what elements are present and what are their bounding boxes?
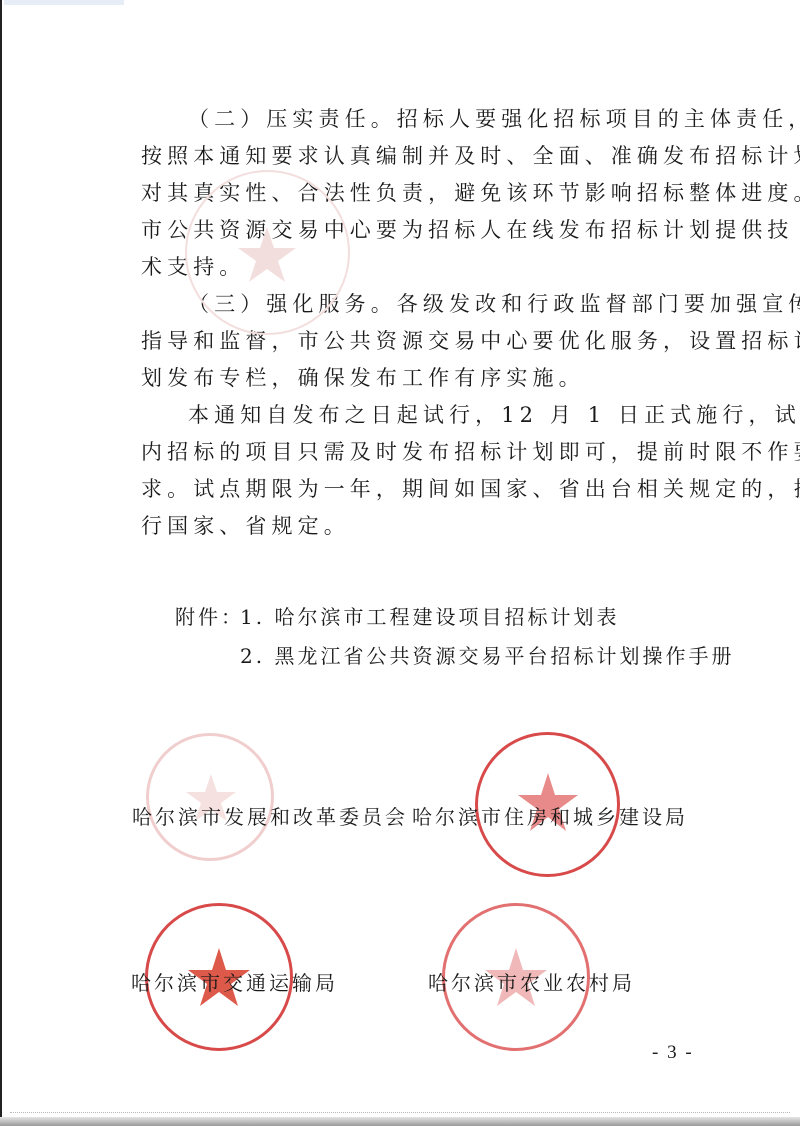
attachment-item: 2. 黑龙江省公共资源交易平台招标计划操作手册: [240, 640, 734, 669]
paragraph-line: 划发布专栏，确保发布工作有序实施。: [141, 365, 585, 391]
page-number: - 3 -: [652, 1042, 694, 1064]
signatory-housing-urban-rural: 哈尔滨市住房和城乡建设局: [412, 801, 688, 830]
signatory-agriculture-rural: 哈尔滨市农业农村局: [428, 967, 635, 996]
signatory-development-reform: 哈尔滨市发展和改革委员会: [132, 801, 408, 830]
star-icon: [149, 736, 273, 860]
paragraph-line: 行国家、省规定。: [141, 513, 350, 539]
paragraph-line: 本通知自发布之日起试行，12 月 1 日正式施行，试行期: [188, 402, 800, 428]
paragraph-line: 内招标的项目只需及时发布招标计划即可，提前时限不作要: [141, 439, 800, 465]
attachments-label: 附件：: [175, 601, 244, 630]
signatory-transport: 哈尔滨市交通运输局: [131, 967, 338, 996]
paragraph-line: 按照本通知要求认真编制并及时、全面、准确发布招标计划，: [141, 143, 800, 169]
paragraph-line: （二）压实责任。招标人要强化招标项目的主体责任，: [188, 106, 800, 132]
star-icon: [187, 172, 348, 333]
official-seal-development-reform: [146, 733, 274, 861]
scan-border-left: [0, 0, 2, 1126]
scan-artifact-dots: [10, 1112, 790, 1114]
paragraph-line: 求。试点期限为一年，期间如国家、省出台相关规定的，执: [141, 476, 800, 502]
scan-border-bottom: [0, 1117, 800, 1126]
show-through-stamp: [185, 170, 350, 335]
attachment-item: 1. 哈尔滨市工程建设项目招标计划表: [240, 601, 619, 630]
scan-artifact-top: [4, 0, 124, 5]
